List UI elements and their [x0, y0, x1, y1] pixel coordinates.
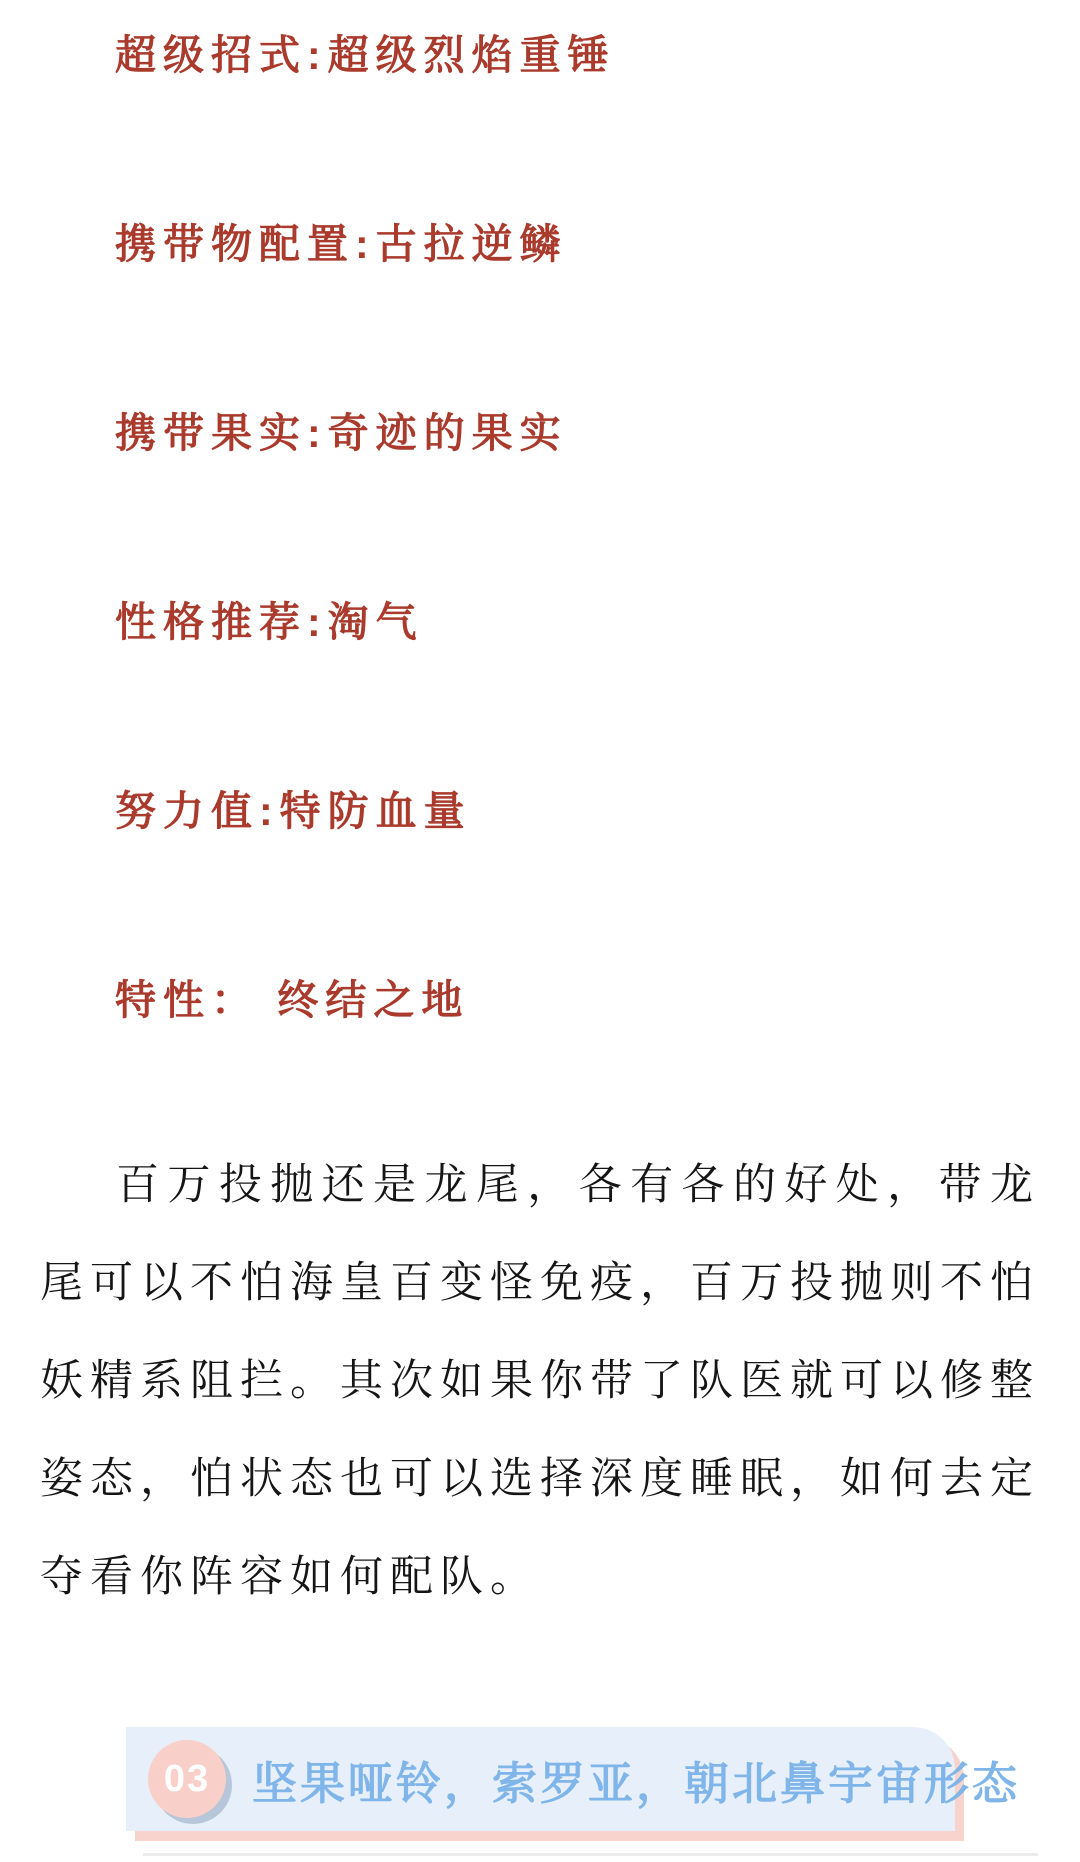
section-banner-body: 03 坚果哑铃，索罗亚，朝北鼻宇宙形态 [126, 1727, 955, 1831]
heading-ability: 特性： 终结之地 [40, 975, 1040, 1025]
section-number: 03 [164, 1758, 210, 1801]
section-banner: 03 坚果哑铃，索罗亚，朝北鼻宇宙形态 [126, 1727, 964, 1841]
section-title: 坚果哑铃，索罗亚，朝北鼻宇宙形态 [252, 1747, 1020, 1812]
heading-super-move: 超级招式:超级烈焰重锤 [40, 30, 1040, 80]
heading-nature: 性格推荐:淘气 [40, 597, 1040, 647]
heading-ev-spread: 努力值:特防血量 [40, 786, 1040, 836]
heading-held-item: 携带物配置:古拉逆鳞 [40, 219, 1040, 269]
strategy-paragraph: 百万投抛还是龙尾，各有各的好处，带龙尾可以不怕海皇百变怪免疫，百万投抛则不怕妖精… [40, 1136, 1040, 1626]
next-section-top-edge [143, 1853, 1038, 1856]
heading-held-berry: 携带果实:奇迹的果实 [40, 408, 1040, 458]
article-page: 超级招式:超级烈焰重锤 携带物配置:古拉逆鳞 携带果实:奇迹的果实 性格推荐:淘… [0, 0, 1080, 1862]
article-content: 超级招式:超级烈焰重锤 携带物配置:古拉逆鳞 携带果实:奇迹的果实 性格推荐:淘… [0, 0, 1080, 1626]
section-number-badge: 03 [148, 1740, 226, 1818]
